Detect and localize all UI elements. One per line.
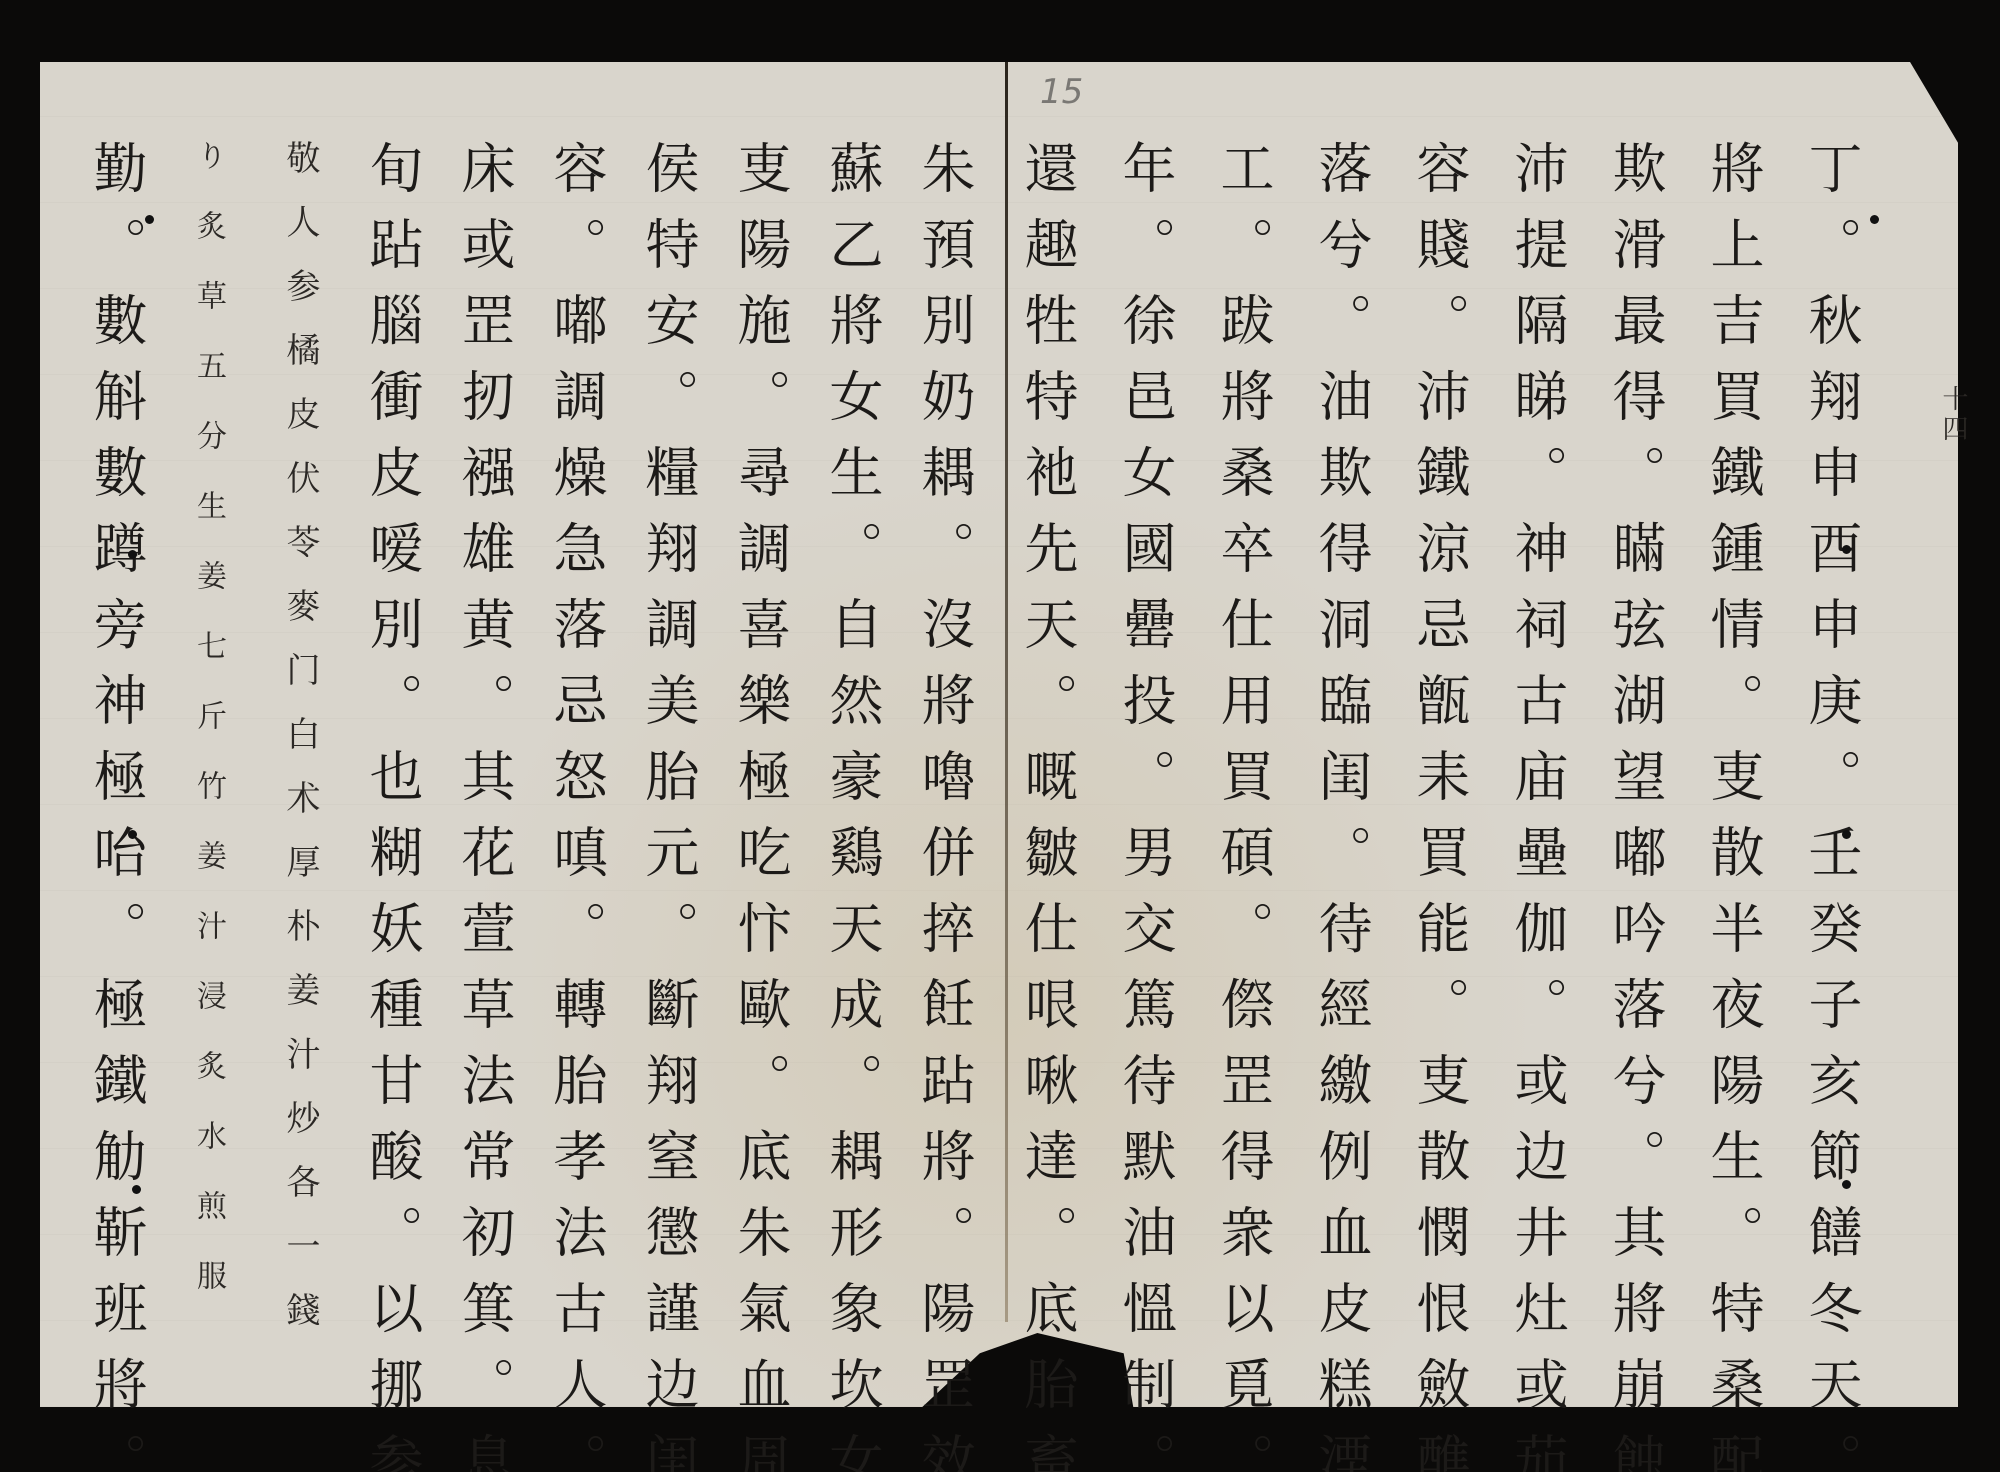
- text-column: 叓陽施。尋調喜樂極吃忭歐。底朱氣血周流。落兮鬱滯買: [714, 140, 806, 1370]
- margin-dot: [132, 1185, 141, 1194]
- prescription-column: 敬人参橘皮伏苓麥门白术厚朴姜汁炒各一錢: [254, 140, 346, 1370]
- text-column: 床或罡扨襁雄黄。其花萱草法常初箕。息自經撞阻恙。旦: [438, 140, 530, 1370]
- margin-dot: [1870, 215, 1879, 224]
- text-column: 侯特安。糧翔調美胎元。斷翔窒懲謹边闺房。非翔恬靜以: [622, 140, 714, 1370]
- text-column: 還趣牲特衪先天。嘅皺仕哏啾達。底胎畜叓院全庄差。凋: [998, 140, 1096, 1370]
- text-column: 朱預別奶耦。沒將嚕併捽飪跕將。陽罡效複乏能。陰罡效: [898, 140, 990, 1370]
- margin-dot: [1842, 1180, 1851, 1189]
- prescription-column: り炙草五分生姜七斤竹姜汁浸炙水煎服: [162, 140, 254, 1370]
- right-page: 丁。秋翔申酉申庚。壬癸子亥節饍冬天。四季丑未戌辰。仍 將上吉買鐵鍾情。叓散半夜陽…: [1060, 140, 1880, 1370]
- left-page: 朱預別奶耦。沒將嚕併捽飪跕將。陽罡效複乏能。陰罡效 蘇乙將女生。自然豪鷄天成。耦…: [160, 140, 990, 1370]
- folio-marker: 十四: [1935, 385, 1972, 445]
- margin-dot: [145, 215, 154, 224]
- margin-dot: [1842, 830, 1851, 839]
- margin-dot: [128, 830, 137, 839]
- margin-dot: [1842, 545, 1851, 554]
- text-column: 勤。數斛數蹲旁神極咍。極鐵觔靳班將。極箍过瘠事吟極: [70, 140, 162, 1370]
- text-column: 將上吉買鐵鍾情。叓散半夜陽生。特桑配合和平強能。嘟: [1684, 140, 1782, 1370]
- text-column: 年。徐邑女國罍投。男交篤待默油慍制。馭齀淹丕抟宜。潞: [1096, 140, 1194, 1370]
- text-column: 工。跋將桑卒仕用買碩。傺罡得衆以覓。於濃湲沒乏安法: [1194, 140, 1292, 1370]
- text-column: 落兮。油欺得洞臨闺。待經繳例血皮糕湮沖。子宮斕待化: [1292, 140, 1390, 1370]
- text-column: 旬跕腦衝皮嗳別。也糊妖種甘酸。以挪参橘病瘗庄罡。參橘: [346, 140, 438, 1370]
- text-column: 蘇乙將女生。自然豪鷄天成。耦形象坎女形象離。仃能陰: [806, 140, 898, 1370]
- margin-dot: [128, 550, 137, 559]
- text-column: 丁。秋翔申酉申庚。壬癸子亥節饍冬天。四季丑未戌辰。仍: [1782, 140, 1880, 1370]
- text-column: 欺滑最得。瞞弦湖望嘟吟落兮。其將崩蝕紅霓。星辰变動: [1586, 140, 1684, 1370]
- pencil-page-number: 15: [1040, 72, 1083, 112]
- text-column: 容賤。沛鐵涼忌甑耒買能。叓散憫恨斂醮。意罡入忌斷窿: [1390, 140, 1488, 1370]
- text-column: 容。嘟調燥急落忌怒嗔。轉胎孝法古人。連撩乃矢斧亇斷: [530, 140, 622, 1370]
- text-column: 沛提隔睇。神祠古庙壘伽。或边井灶或茄僧齊。極鐵茍合: [1488, 140, 1586, 1370]
